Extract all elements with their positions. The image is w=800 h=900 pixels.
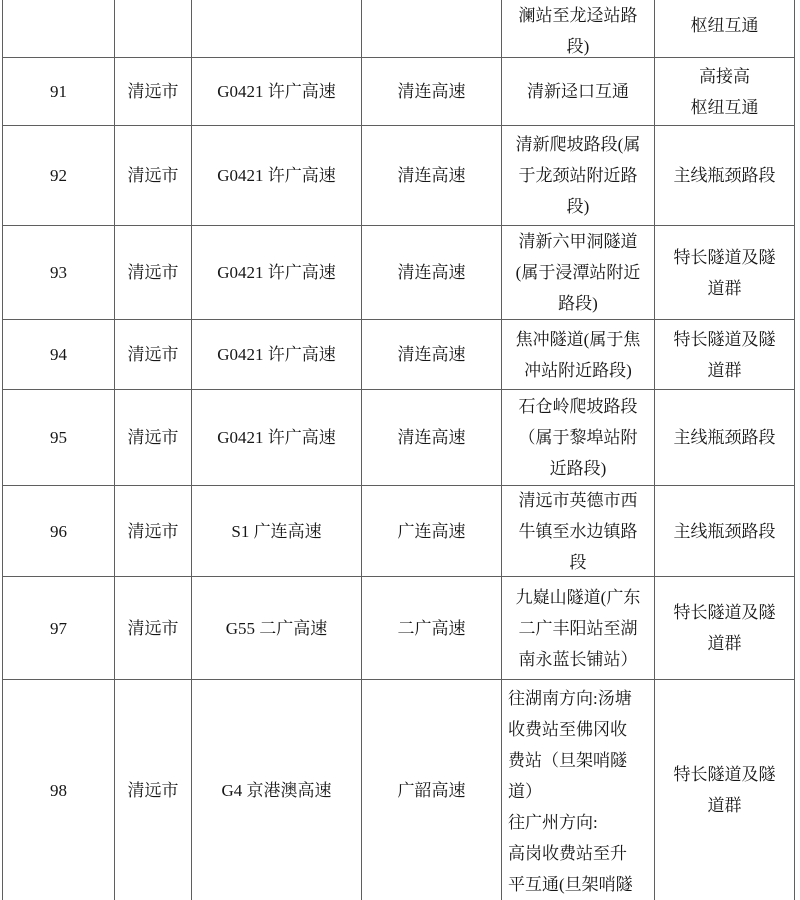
cell-highway-code — [192, 0, 362, 57]
table-row: 98清远市G4 京港澳高速广韶高速往湖南方向:汤塘 收费站至佛冈收 费站（旦架哨… — [2, 680, 795, 900]
highway-table: 澜站至龙迳站路 段) 枢纽互通 91清远市G0421 许广高速清连高速清新迳口互… — [2, 0, 795, 900]
cell-section: 澜站至龙迳站路 段) — [502, 0, 655, 57]
cell-category: 特长隧道及隧 道群 — [655, 320, 795, 389]
cell-row-number: 94 — [2, 320, 115, 389]
cell-route-name: 广韶高速 — [362, 680, 502, 900]
cell-highway-code: G0421 许广高速 — [192, 320, 362, 389]
cell-category: 主线瓶颈路段 — [655, 486, 795, 576]
cell-route-name: 清连高速 — [362, 126, 502, 225]
cell-category: 特长隧道及隧 道群 — [655, 577, 795, 679]
cell-category: 主线瓶颈路段 — [655, 390, 795, 485]
cell-highway-code: G0421 许广高速 — [192, 58, 362, 125]
cell-city — [115, 0, 192, 57]
document-page: 澜站至龙迳站路 段) 枢纽互通 91清远市G0421 许广高速清连高速清新迳口互… — [0, 0, 800, 900]
cell-section: 清新爬坡路段(属 于龙颈站附近路 段) — [502, 126, 655, 225]
cell-route-name — [362, 0, 502, 57]
cell-city: 清远市 — [115, 577, 192, 679]
table-row: 94清远市G0421 许广高速清连高速焦冲隧道(属于焦 冲站附近路段)特长隧道及… — [2, 320, 795, 390]
cell-route-name: 清连高速 — [362, 320, 502, 389]
cell-section: 清远市英德市西 牛镇至水边镇路 段 — [502, 486, 655, 576]
cell-section: 石仓岭爬坡路段 （属于黎埠站附 近路段) — [502, 390, 655, 485]
cell-city: 清远市 — [115, 320, 192, 389]
cell-section: 往湖南方向:汤塘 收费站至佛冈收 费站（旦架哨隧 道） 往广州方向: 高岗收费站… — [502, 680, 655, 900]
cell-highway-code: G55 二广高速 — [192, 577, 362, 679]
cell-highway-code: G0421 许广高速 — [192, 126, 362, 225]
table-row: 91清远市G0421 许广高速清连高速清新迳口互通高接高 枢纽互通 — [2, 58, 795, 126]
cell-highway-code: G4 京港澳高速 — [192, 680, 362, 900]
cell-row-number: 97 — [2, 577, 115, 679]
cell-highway-code: G0421 许广高速 — [192, 390, 362, 485]
cell-row-number: 95 — [2, 390, 115, 485]
cell-row-number: 98 — [2, 680, 115, 900]
cell-route-name: 清连高速 — [362, 390, 502, 485]
cell-section: 清新迳口互通 — [502, 58, 655, 125]
table-row: 97清远市G55 二广高速二广高速九嶷山隧道(广东 二广丰阳站至湖 南永蓝长铺站… — [2, 577, 795, 680]
table-row: 95清远市G0421 许广高速清连高速石仓岭爬坡路段 （属于黎埠站附 近路段)主… — [2, 390, 795, 486]
cell-route-name: 二广高速 — [362, 577, 502, 679]
cell-category: 特长隧道及隧 道群 — [655, 680, 795, 900]
cell-row-number: 96 — [2, 486, 115, 576]
cell-city: 清远市 — [115, 486, 192, 576]
cell-category: 高接高 枢纽互通 — [655, 58, 795, 125]
cell-city: 清远市 — [115, 680, 192, 900]
cell-category: 主线瓶颈路段 — [655, 126, 795, 225]
cell-row-number: 91 — [2, 58, 115, 125]
cell-category: 特长隧道及隧 道群 — [655, 226, 795, 319]
table-row: 96清远市S1 广连高速广连高速清远市英德市西 牛镇至水边镇路 段主线瓶颈路段 — [2, 486, 795, 577]
cell-row-number: 92 — [2, 126, 115, 225]
cell-city: 清远市 — [115, 58, 192, 125]
cell-section: 九嶷山隧道(广东 二广丰阳站至湖 南永蓝长铺站） — [502, 577, 655, 679]
table-row: 92清远市G0421 许广高速清连高速清新爬坡路段(属 于龙颈站附近路 段)主线… — [2, 126, 795, 226]
cell-row-number: 93 — [2, 226, 115, 319]
cell-route-name: 广连高速 — [362, 486, 502, 576]
cell-highway-code: G0421 许广高速 — [192, 226, 362, 319]
cell-section: 清新六甲洞隧道 (属于浸潭站附近 路段) — [502, 226, 655, 319]
cell-route-name: 清连高速 — [362, 58, 502, 125]
cell-section: 焦冲隧道(属于焦 冲站附近路段) — [502, 320, 655, 389]
cell-city: 清远市 — [115, 390, 192, 485]
cell-row-number — [2, 0, 115, 57]
cell-highway-code: S1 广连高速 — [192, 486, 362, 576]
table-row-partial: 澜站至龙迳站路 段) 枢纽互通 — [2, 0, 795, 58]
table-body: 91清远市G0421 许广高速清连高速清新迳口互通高接高 枢纽互通92清远市G0… — [2, 58, 795, 900]
cell-city: 清远市 — [115, 126, 192, 225]
cell-category: 枢纽互通 — [655, 0, 795, 57]
cell-city: 清远市 — [115, 226, 192, 319]
table-row: 93清远市G0421 许广高速清连高速清新六甲洞隧道 (属于浸潭站附近 路段)特… — [2, 226, 795, 320]
cell-route-name: 清连高速 — [362, 226, 502, 319]
